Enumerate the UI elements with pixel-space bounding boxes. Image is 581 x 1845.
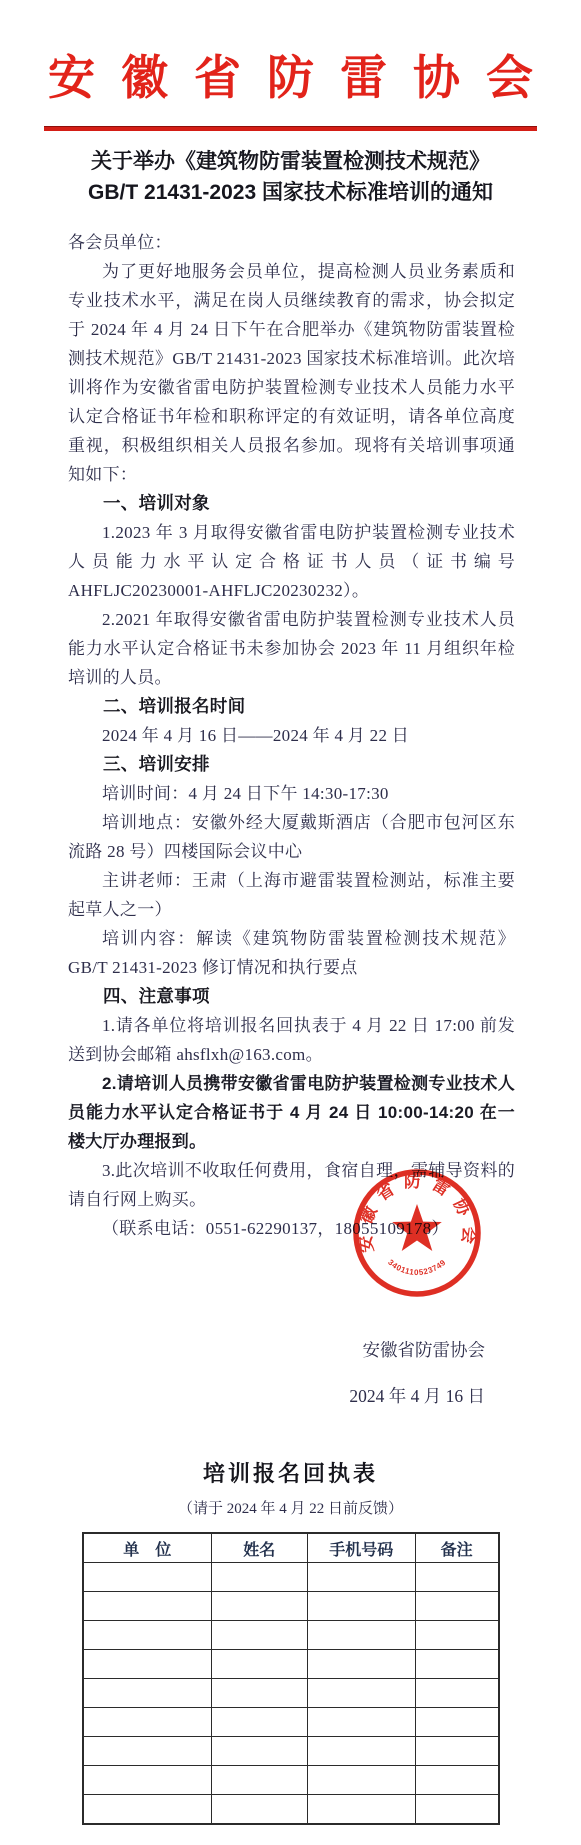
section4-paragraph-3: 3.此次培训不收取任何费用，食宿自理，需辅导资料的请自行网上购买。: [68, 1156, 515, 1214]
column-header-note: 备注: [415, 1533, 498, 1563]
table-cell: [415, 1621, 498, 1650]
section-heading-1: 一、培训对象: [68, 489, 515, 518]
section3-paragraph-2: 培训地点：安徽外经大厦戴斯酒店（合肥市包河区东流路 28 号）四楼国际会议中心: [68, 808, 515, 866]
table-row: [83, 1737, 499, 1766]
table-cell: [415, 1679, 498, 1708]
table-cell: [415, 1592, 498, 1621]
table-cell: [415, 1563, 498, 1592]
table-cell: [83, 1766, 212, 1795]
table-cell: [83, 1737, 212, 1766]
table-cell: [307, 1621, 415, 1650]
notice-document: 安徽省防雷协会 关于举办《建筑物防雷装置检测技术规范》 GB/T 21431-2…: [0, 0, 581, 1845]
table-cell: [307, 1563, 415, 1592]
table-cell: [211, 1795, 307, 1825]
table-cell: [415, 1708, 498, 1737]
column-header-unit: 单 位: [83, 1533, 212, 1563]
signature-date: 2024 年 4 月 16 日: [0, 1373, 485, 1419]
table-row: [83, 1708, 499, 1737]
section-heading-3: 三、培训安排: [68, 750, 515, 779]
table-cell: [307, 1795, 415, 1825]
table-row: [83, 1650, 499, 1679]
table-cell: [307, 1650, 415, 1679]
section2-paragraph-1: 2024 年 4 月 16 日——2024 年 4 月 22 日: [68, 721, 515, 750]
table-cell: [307, 1708, 415, 1737]
signature-block: 安徽省防雷协会 2024 年 4 月 16 日: [0, 1327, 581, 1419]
table-row: [83, 1621, 499, 1650]
table-cell: [415, 1650, 498, 1679]
contact-phone-line: （联系电话：0551-62290137，18055109178）: [68, 1214, 515, 1243]
reply-form-title: 培训报名回执表: [0, 1457, 581, 1488]
table-row: [83, 1563, 499, 1592]
section1-paragraph-1: 1.2023 年 3 月取得安徽省雷电防护装置检测专业技术人员能力水平认定合格证…: [68, 518, 515, 605]
section-heading-2: 二、培训报名时间: [68, 692, 515, 721]
column-header-phone: 手机号码: [307, 1533, 415, 1563]
notice-body: 各会员单位： 为了更好地服务会员单位，提高检测人员业务素质和专业技术水平，满足在…: [68, 228, 515, 1243]
intro-paragraph: 为了更好地服务会员单位，提高检测人员业务素质和专业技术水平，满足在岗人员继续教育…: [68, 257, 515, 489]
table-row: [83, 1795, 499, 1825]
table-cell: [307, 1737, 415, 1766]
section4-paragraph-2-bold: 2.请培训人员携带安徽省雷电防护装置检测专业技术人员能力水平认定合格证书于 4 …: [68, 1069, 515, 1156]
table-row: [83, 1766, 499, 1795]
org-letterhead-title: 安徽省防雷协会: [0, 0, 581, 116]
notice-title-line2: GB/T 21431-2023 国家技术标准培训的通知: [0, 177, 581, 208]
table-cell: [83, 1708, 212, 1737]
section3-paragraph-3: 主讲老师：王肃（上海市避雷装置检测站，标准主要起草人之一）: [68, 866, 515, 924]
section3-paragraph-1: 培训时间：4 月 24 日下午 14:30-17:30: [68, 779, 515, 808]
reply-form-subtitle: （请于 2024 年 4 月 22 日前反馈）: [0, 1497, 581, 1518]
table-cell: [307, 1766, 415, 1795]
table-cell: [211, 1679, 307, 1708]
reply-form-section: 培训报名回执表 （请于 2024 年 4 月 22 日前反馈） 单 位 姓名 手…: [0, 1457, 581, 1825]
table-cell: [83, 1795, 212, 1825]
table-cell: [307, 1592, 415, 1621]
section1-paragraph-2: 2.2021 年取得安徽省雷电防护装置检测专业技术人员能力水平认定合格证书未参加…: [68, 605, 515, 692]
table-cell: [211, 1621, 307, 1650]
section4-paragraph-1: 1.请各单位将培训报名回执表于 4 月 22 日 17:00 前发送到协会邮箱 …: [68, 1011, 515, 1069]
table-cell: [83, 1563, 212, 1592]
table-cell: [415, 1766, 498, 1795]
signature-org: 安徽省防雷协会: [0, 1327, 485, 1373]
table-cell: [415, 1737, 498, 1766]
table-cell: [307, 1679, 415, 1708]
table-cell: [211, 1563, 307, 1592]
column-header-name: 姓名: [211, 1533, 307, 1563]
reply-table: 单 位 姓名 手机号码 备注: [82, 1532, 500, 1825]
table-cell: [83, 1621, 212, 1650]
table-cell: [211, 1737, 307, 1766]
section-heading-4: 四、注意事项: [68, 982, 515, 1011]
letterhead-divider: [44, 126, 537, 131]
seal-code-text: 3401110523749: [386, 1258, 448, 1277]
table-cell: [415, 1795, 498, 1825]
table-cell: [211, 1592, 307, 1621]
table-cell: [83, 1650, 212, 1679]
table-header-row: 单 位 姓名 手机号码 备注: [83, 1533, 499, 1563]
notice-title: 关于举办《建筑物防雷装置检测技术规范》 GB/T 21431-2023 国家技术…: [0, 146, 581, 208]
table-cell: [211, 1650, 307, 1679]
notice-title-line1: 关于举办《建筑物防雷装置检测技术规范》: [0, 146, 581, 177]
table-cell: [211, 1708, 307, 1737]
table-row: [83, 1592, 499, 1621]
table-cell: [83, 1592, 212, 1621]
table-cell: [83, 1679, 212, 1708]
salutation: 各会员单位：: [68, 228, 515, 257]
section3-paragraph-4: 培训内容：解读《建筑物防雷装置检测技术规范》GB/T 21431-2023 修订…: [68, 924, 515, 982]
table-row: [83, 1679, 499, 1708]
table-cell: [211, 1766, 307, 1795]
